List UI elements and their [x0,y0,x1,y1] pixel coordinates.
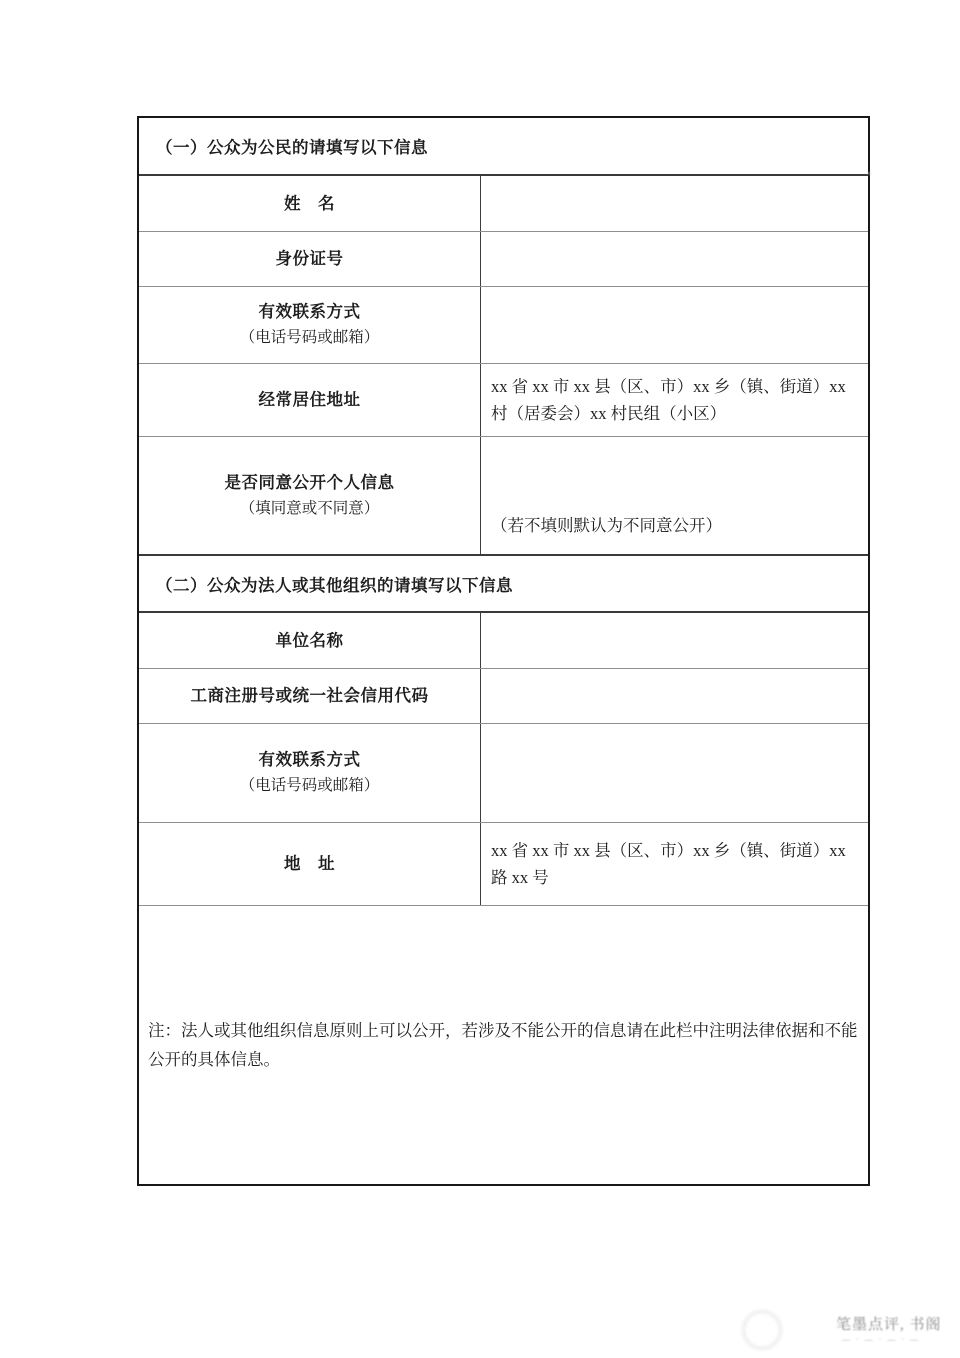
contact-org-label-cell: 有效联系方式 （电话号码或邮箱） [139,724,480,822]
consent-value-cell: （若不填则默认为不同意公开） [480,437,868,554]
id-number-value-cell [480,232,868,286]
name-value-cell [480,176,868,231]
residence-address-value-cell: xx 省 xx 市 xx 县（区、市）xx 乡（镇、街道）xx 村（居委会）xx… [480,364,868,436]
contact-citizen-value-cell [480,287,868,363]
row-registration-code: 工商注册号或统一社会信用代码 [139,668,868,723]
form-table: （一）公众为公民的请填写以下信息 姓 名 身份证号 有效联系方式 （电话号码或邮… [137,116,870,1186]
consent-label-cell: 是否同意公开个人信息 （填同意或不同意） [139,437,480,554]
contact-org-value-cell [480,724,868,822]
top-watermark-smudge: ≈ [867,169,872,178]
row-contact-org: 有效联系方式 （电话号码或邮箱） [139,723,868,822]
contact-org-label: 有效联系方式 [259,748,361,772]
registration-code-label-cell: 工商注册号或统一社会信用代码 [139,669,480,723]
watermark-logo-circle [742,1310,782,1350]
registration-code-label: 工商注册号或统一社会信用代码 [191,684,429,708]
row-id-number: 身份证号 [139,231,868,286]
id-number-label: 身份证号 [276,247,344,271]
section2-header-row: （二）公众为法人或其他组织的请填写以下信息 [139,554,868,611]
bottom-watermark-line2: — · — · — · — [836,1335,942,1344]
bottom-watermark: 笔墨点评, 书阁 — · — · — · — [836,1313,942,1344]
org-address-label-cell: 地 址 [139,823,480,905]
org-address-value: xx 省 xx 市 xx 县（区、市）xx 乡（镇、街道）xx 路 xx 号 [481,831,868,897]
org-name-value-cell [480,613,868,668]
org-name-label: 单位名称 [276,629,344,653]
contact-org-sublabel: （电话号码或邮箱） [240,774,380,798]
section1-header-row: （一）公众为公民的请填写以下信息 [139,118,868,174]
contact-citizen-label-cell: 有效联系方式 （电话号码或邮箱） [139,287,480,363]
consent-default-hint: （若不填则默认为不同意公开） [481,506,732,554]
section2-header: （二）公众为法人或其他组织的请填写以下信息 [139,556,868,611]
row-org-name: 单位名称 [139,611,868,668]
org-address-value-cell: xx 省 xx 市 xx 县（区、市）xx 乡（镇、街道）xx 路 xx 号 [480,823,868,905]
consent-sublabel: （填同意或不同意） [240,497,380,521]
contact-citizen-label: 有效联系方式 [259,300,361,324]
row-consent: 是否同意公开个人信息 （填同意或不同意） （若不填则默认为不同意公开） [139,436,868,554]
row-name: 姓 名 [139,174,868,231]
residence-address-label: 经常居住地址 [259,388,361,412]
bottom-watermark-line1: 笔墨点评, 书阁 [836,1313,942,1334]
id-number-label-cell: 身份证号 [139,232,480,286]
document-page: （一）公众为公民的请填写以下信息 姓 名 身份证号 有效联系方式 （电话号码或邮… [0,0,960,1358]
note-text: 注：法人或其他组织信息原则上可以公开，若涉及不能公开的信息请在此栏中注明法律依据… [139,1016,868,1074]
row-residence-address: 经常居住地址 xx 省 xx 市 xx 县（区、市）xx 乡（镇、街道）xx 村… [139,363,868,436]
residence-address-value: xx 省 xx 市 xx 县（区、市）xx 乡（镇、街道）xx 村（居委会）xx… [481,367,868,433]
org-address-label: 地 址 [284,852,335,876]
row-org-address: 地 址 xx 省 xx 市 xx 县（区、市）xx 乡（镇、街道）xx 路 xx… [139,822,868,905]
org-name-label-cell: 单位名称 [139,613,480,668]
consent-label: 是否同意公开个人信息 [225,471,395,495]
note-row: 注：法人或其他组织信息原则上可以公开，若涉及不能公开的信息请在此栏中注明法律依据… [139,905,868,1184]
residence-address-label-cell: 经常居住地址 [139,364,480,436]
registration-code-value-cell [480,669,868,723]
row-contact-citizen: 有效联系方式 （电话号码或邮箱） [139,286,868,363]
contact-citizen-sublabel: （电话号码或邮箱） [240,326,380,350]
name-label-cell: 姓 名 [139,176,480,231]
section1-header: （一）公众为公民的请填写以下信息 [139,118,868,174]
name-label: 姓 名 [284,192,335,216]
